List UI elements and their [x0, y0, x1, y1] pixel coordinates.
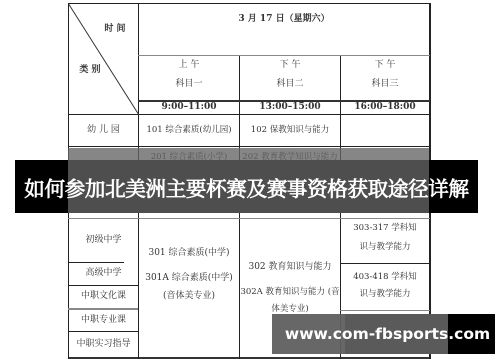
category-kindergarten: 幼 儿 园 — [69, 115, 138, 146]
row-line-subject3-bottom — [340, 310, 430, 311]
date-header: 3 月 17 日（星期六） — [139, 10, 429, 30]
session-1-time: 9:00–11:00 — [139, 102, 239, 114]
junior-subject3-line2: 识与教学能力 — [341, 240, 429, 254]
session-2-period: 下 午 — [240, 58, 340, 73]
article-title: 如何参加北美洲主要杯赛及赛事资格获取途径详解 — [15, 169, 478, 205]
kindergarten-subject2: 102 保教知识与能力 — [240, 115, 340, 146]
session-2-subject: 科目二 — [240, 77, 340, 92]
category-vocational-culture: 中职文化课 — [69, 286, 138, 308]
secondary-subject1-line3: (音体美专业) — [139, 290, 239, 304]
session-3-period: 下 午 — [341, 58, 429, 73]
senior-subject3-line2: 识与教学能力 — [341, 287, 429, 301]
session-3-time: 16:00–18:00 — [341, 102, 429, 114]
session-1-subject: 科目一 — [139, 77, 239, 92]
corner-time-label: 时 间 — [95, 22, 135, 38]
session-1-period: 上 午 — [139, 58, 239, 73]
category-vocational-major: 中职专业课 — [69, 310, 138, 331]
category-senior-middle: 高级中学 — [69, 263, 138, 285]
row-line-primary — [68, 146, 430, 147]
secondary-subject2-line1: 302 教育知识与能力 — [240, 261, 340, 275]
secondary-subject1-line1: 301 综合素质(中学) — [139, 247, 239, 261]
kindergarten-subject1: 101 综合素质(幼儿园) — [139, 115, 239, 146]
senior-subject3-line1: 403-418 学科知 — [341, 270, 429, 284]
corner-diagonal — [68, 3, 139, 115]
category-junior-middle: 初级中学 — [69, 219, 138, 262]
table-border-bottom — [68, 357, 430, 359]
corner-category-label: 类 别 — [72, 63, 108, 79]
row-line-subject3-senior — [340, 263, 430, 264]
secondary-subject1-line2: 301A 综合素质(中学) — [139, 272, 239, 286]
junior-subject3-line1: 303-317 学科知 — [341, 221, 429, 235]
watermark-url: www.com-fbsports.com — [280, 314, 495, 354]
row-line-date — [138, 55, 430, 56]
category-vocational-practice: 中职实习指导 — [69, 332, 138, 357]
session-3-subject: 科目三 — [341, 77, 429, 92]
session-2-time: 13:00–15:00 — [240, 102, 340, 114]
secondary-subject2-line2: 302A 教育知识与能力 (音 — [240, 285, 340, 299]
